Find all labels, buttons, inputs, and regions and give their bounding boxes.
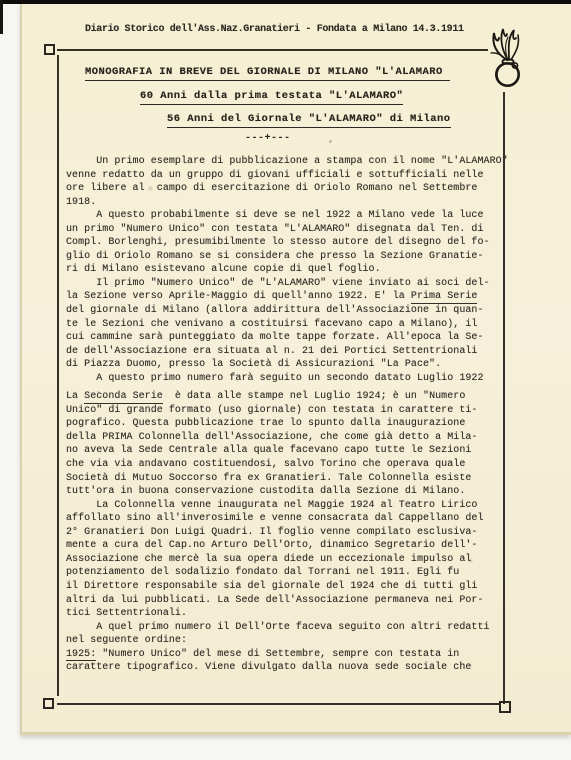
body-line: la Sezione verso Aprile-Maggio di quell'… — [66, 290, 516, 304]
body-line: che via via andavano costituendosi, salv… — [66, 458, 516, 472]
body-line: 2° Granatieri Don Luigi Quadri. Il fogli… — [66, 526, 516, 540]
underlined-phrase: Prima Serie — [411, 291, 478, 304]
doc-subtitle-60-anni: 60 Anni dalla prima testata "L'ALAMARO" — [140, 90, 403, 105]
scanned-document-page: Diario Storico dell'Ass.Naz.Granatieri -… — [0, 0, 571, 760]
doc-title: MONOGRAFIA IN BREVE DEL GIORNALE DI MILA… — [85, 66, 450, 81]
body-line: te le Sezioni che venivano a costituirsi… — [66, 318, 516, 332]
text-run: potenziamento del sodalizio fondato dal … — [66, 567, 459, 578]
body-line: altri da lui pubblicati. La Sede dell'As… — [66, 594, 516, 608]
text-run: la Sezione verso Aprile-Maggio di quell'… — [66, 291, 411, 302]
body-line: nel seguente ordine: — [66, 634, 516, 648]
body-line: mente a cura del Cap.no Arturo Dell'Orto… — [66, 539, 516, 553]
document-body-text: Un primo esemplare di pubblicazione a st… — [66, 155, 516, 675]
text-run: un primo "Numero Unico" con testata "L'A… — [66, 224, 484, 235]
underlined-phrase: Seconda Serie — [84, 391, 163, 404]
text-run: A questo probabilmente si deve se nel 19… — [66, 210, 484, 221]
body-line: Associazione che mercè la sua opera died… — [66, 553, 516, 567]
text-run: affollato sino all'inverosimile e venne … — [66, 513, 484, 524]
text-run: della PRIMA Colonnella dell'Associazione… — [66, 432, 477, 443]
text-run: La Colonnella venne inaugurata nel Maggi… — [66, 500, 477, 511]
underlined-phrase: 1925: — [66, 649, 96, 662]
body-line: Il primo "Numero Unico" de "L'ALAMARO" v… — [66, 277, 516, 291]
text-run: te le Sezioni che venivano a costituirsi… — [66, 319, 477, 330]
text-run: Unico" di grande formato (uso giornale) … — [66, 405, 477, 416]
registration-square-bottom-left — [43, 698, 54, 709]
section-separator: ---+--- — [245, 133, 291, 144]
body-line: di Piazza Duomo, presso la Società di As… — [66, 358, 516, 372]
text-run: Società di Mutuo Soccorso fra ex Granati… — [66, 473, 471, 484]
text-run: nel seguente ordine: — [66, 635, 187, 646]
text-run: A quel primo numero il Dell'Orte faceva … — [66, 622, 490, 633]
body-line: no aveva la Sede Centrale alla quale fac… — [66, 444, 516, 458]
text-run: di Piazza Duomo, presso la Società di As… — [66, 359, 441, 370]
body-line: del giornale di Milano (allora addirittu… — [66, 304, 516, 318]
text-run: Il primo "Numero Unico" de "L'ALAMARO" v… — [66, 278, 490, 289]
text-run: pografico. Questa pubblicazione trae lo … — [66, 418, 465, 429]
text-run: 1918. — [66, 197, 96, 208]
body-line: della PRIMA Colonnella dell'Associazione… — [66, 431, 516, 445]
text-run: il Direttore responsabile sia del giorna… — [66, 581, 477, 592]
text-run: tutt'ora in buona conservazione custodit… — [66, 486, 465, 497]
body-line: A quel primo numero il Dell'Orte faceva … — [66, 621, 516, 635]
text-run: carattere tipografico. Viene divulgato d… — [66, 662, 471, 673]
body-line: 1918. — [66, 196, 516, 210]
body-line: 1925: "Numero Unico" del mese di Settemb… — [66, 648, 516, 662]
body-line: A questo probabilmente si deve se nel 19… — [66, 209, 516, 223]
frame-bottom-rule — [57, 703, 501, 705]
text-run: che via via andavano costituendosi, salv… — [66, 459, 465, 470]
body-line: tutt'ora in buona conservazione custodit… — [66, 485, 516, 499]
text-run: Compl. Borlenghi, presumibilmente lo ste… — [66, 237, 490, 248]
registration-square-bottom-right — [499, 701, 511, 713]
scan-specks — [0, 0, 1, 1]
text-run: Associazione che mercè la sua opera died… — [66, 554, 471, 565]
body-line: Società di Mutuo Soccorso fra ex Granati… — [66, 472, 516, 486]
document-headings: MONOGRAFIA IN BREVE DEL GIORNALE DI MILA… — [0, 0, 571, 60]
body-line: Un primo esemplare di pubblicazione a st… — [66, 155, 516, 169]
body-line: A questo primo numero farà seguito un se… — [66, 372, 516, 386]
body-line: ri di Milano esistevano alcune copie di … — [66, 263, 516, 277]
body-line: La Colonnella venne inaugurata nel Maggi… — [66, 499, 516, 513]
text-run: A questo primo numero farà seguito un se… — [66, 373, 484, 384]
body-line: carattere tipografico. Viene divulgato d… — [66, 661, 516, 675]
text-run: altri da lui pubblicati. La Sede dell'As… — [66, 595, 484, 606]
text-run: ore libere al campo di esercitazione di … — [66, 183, 477, 194]
text-run: 2° Granatieri Don Luigi Quadri. Il fogli… — [66, 527, 477, 538]
body-line: venne redatto da un gruppo di giovani uf… — [66, 169, 516, 183]
body-line: glio di Oriolo Romano se si considera ch… — [66, 250, 516, 264]
body-line: de dell'Associazione era situata al n. 2… — [66, 345, 516, 359]
text-run: "Numero Unico" del mese di Settembre, se… — [96, 649, 459, 660]
body-line: Unico" di grande formato (uso giornale) … — [66, 404, 516, 418]
text-run: glio di Oriolo Romano se si considera ch… — [66, 251, 484, 262]
body-line: un primo "Numero Unico" con testata "L'A… — [66, 223, 516, 237]
body-line: cui cammine sarà punteggiato da molte ta… — [66, 331, 516, 345]
doc-subtitle-56-anni: 56 Anni del Giornale "L'ALAMARO" di Mila… — [167, 113, 451, 128]
frame-left-rule — [57, 55, 59, 696]
body-line: il Direttore responsabile sia del giorna… — [66, 580, 516, 594]
body-line: ore libere al campo di esercitazione di … — [66, 182, 516, 196]
text-run: tici Settentrionali. — [66, 608, 187, 619]
text-run: è data alle stampe nel Luglio 1924; è un… — [163, 391, 466, 402]
text-run: cui cammine sarà punteggiato da molte ta… — [66, 332, 484, 343]
body-line: La Seconda Serie è data alle stampe nel … — [66, 390, 516, 404]
body-line: potenziamento del sodalizio fondato dal … — [66, 566, 516, 580]
body-line: affollato sino all'inverosimile e venne … — [66, 512, 516, 526]
text-run: ri di Milano esistevano alcune copie di … — [66, 264, 381, 275]
text-run: del giornale di Milano (allora addirittu… — [66, 305, 484, 316]
text-run: mente a cura del Cap.no Arturo Dell'Orto… — [66, 540, 477, 551]
body-line: pografico. Questa pubblicazione trae lo … — [66, 417, 516, 431]
text-run: La — [66, 391, 84, 402]
text-run: Un primo esemplare di pubblicazione a st… — [66, 156, 508, 167]
text-run: de dell'Associazione era situata al n. 2… — [66, 346, 477, 357]
text-run: no aveva la Sede Centrale alla quale fac… — [66, 445, 471, 456]
body-line: Compl. Borlenghi, presumibilmente lo ste… — [66, 236, 516, 250]
body-line: tici Settentrionali. — [66, 607, 516, 621]
text-run: venne redatto da un gruppo di giovani uf… — [66, 170, 484, 181]
